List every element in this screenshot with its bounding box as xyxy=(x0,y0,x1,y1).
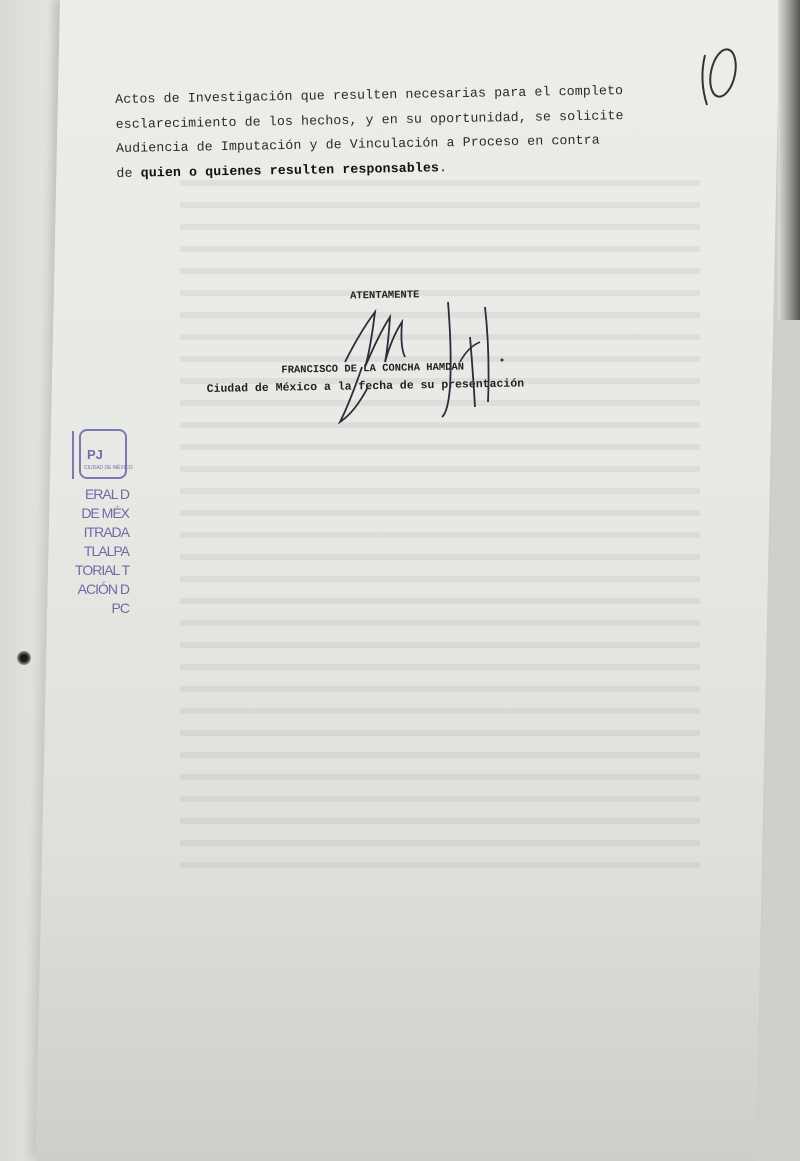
page-edge-shadow xyxy=(778,0,800,320)
stamp-line: ITRADA xyxy=(55,523,129,542)
last-line-prefix: de xyxy=(116,165,140,180)
stamp-line: ACIÓN D xyxy=(55,580,129,599)
last-line-bold: quien o quienes resulten responsables xyxy=(141,160,440,180)
stamp-line: PC xyxy=(55,599,129,618)
bleed-through-text xyxy=(180,180,700,880)
handwritten-page-number xyxy=(695,35,745,110)
court-logo-icon: PJ CIUDAD DE MÉXICO xyxy=(79,429,127,479)
handwritten-signature xyxy=(330,292,530,432)
court-stamp: PJ CIUDAD DE MÉXICO ERAL D DE MÉX ITRADA… xyxy=(55,425,145,625)
stamp-line: TORIAL T xyxy=(55,561,129,580)
stamp-line: ERAL D xyxy=(55,485,129,504)
body-paragraph: Actos de Investigación que resulten nece… xyxy=(115,78,677,186)
stamp-divider xyxy=(72,431,74,479)
stamp-logo-subtext: CIUDAD DE MÉXICO xyxy=(84,465,133,471)
stamp-text: ERAL D DE MÉX ITRADA TLALPA TORIAL T ACI… xyxy=(55,485,129,618)
stamp-line: DE MÉX xyxy=(55,504,129,523)
punch-hole xyxy=(17,651,31,665)
stamp-line: TLALPA xyxy=(55,542,129,561)
stamp-logo-text: PJ xyxy=(87,447,103,462)
last-line-suffix: . xyxy=(439,160,447,175)
